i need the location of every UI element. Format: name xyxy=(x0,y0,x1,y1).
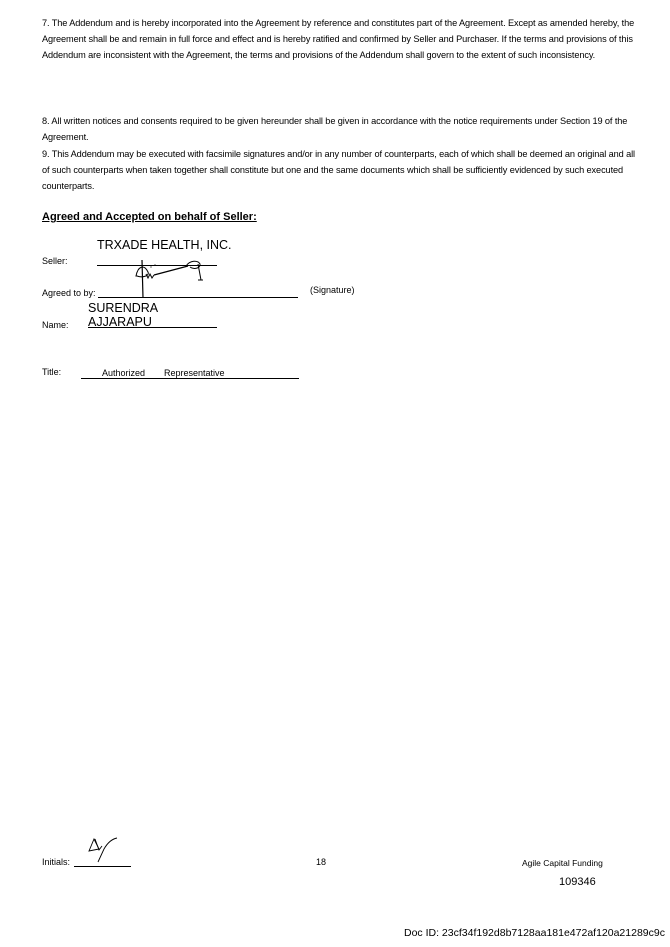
initials-label: Initials: xyxy=(42,857,70,867)
page-number: 18 xyxy=(316,857,326,867)
initials-line xyxy=(74,866,131,867)
signature-caption: (Signature) xyxy=(310,285,355,295)
signature-line xyxy=(98,297,298,298)
seller-name-value: TRXADE HEALTH, INC. xyxy=(97,238,232,252)
seller-label: Seller: xyxy=(42,256,68,266)
paragraph-8: 8. All written notices and consents requ… xyxy=(42,113,642,145)
title-line xyxy=(81,378,299,379)
agreed-to-by-label: Agreed to by: xyxy=(42,288,96,298)
reference-number: 109346 xyxy=(559,876,596,888)
name-first-value: SURENDRA xyxy=(88,301,158,315)
initials-signature-icon xyxy=(86,836,126,866)
paragraph-9: 9. This Addendum may be executed with fa… xyxy=(42,146,642,194)
signature-heading: Agreed and Accepted on behalf of Seller: xyxy=(42,211,257,223)
title-label: Title: xyxy=(42,367,61,377)
name-label: Name: xyxy=(42,320,69,330)
doc-id: Doc ID: 23cf34f192d8b7128aa181e472af120a… xyxy=(404,927,665,939)
title-value-word2: Representative xyxy=(164,368,225,378)
signature-icon xyxy=(128,258,228,300)
paragraph-7: 7. The Addendum and is hereby incorporat… xyxy=(42,15,642,63)
name-line xyxy=(88,327,217,328)
title-value-word1: Authorized xyxy=(102,368,145,378)
company-name: Agile Capital Funding xyxy=(522,858,603,868)
